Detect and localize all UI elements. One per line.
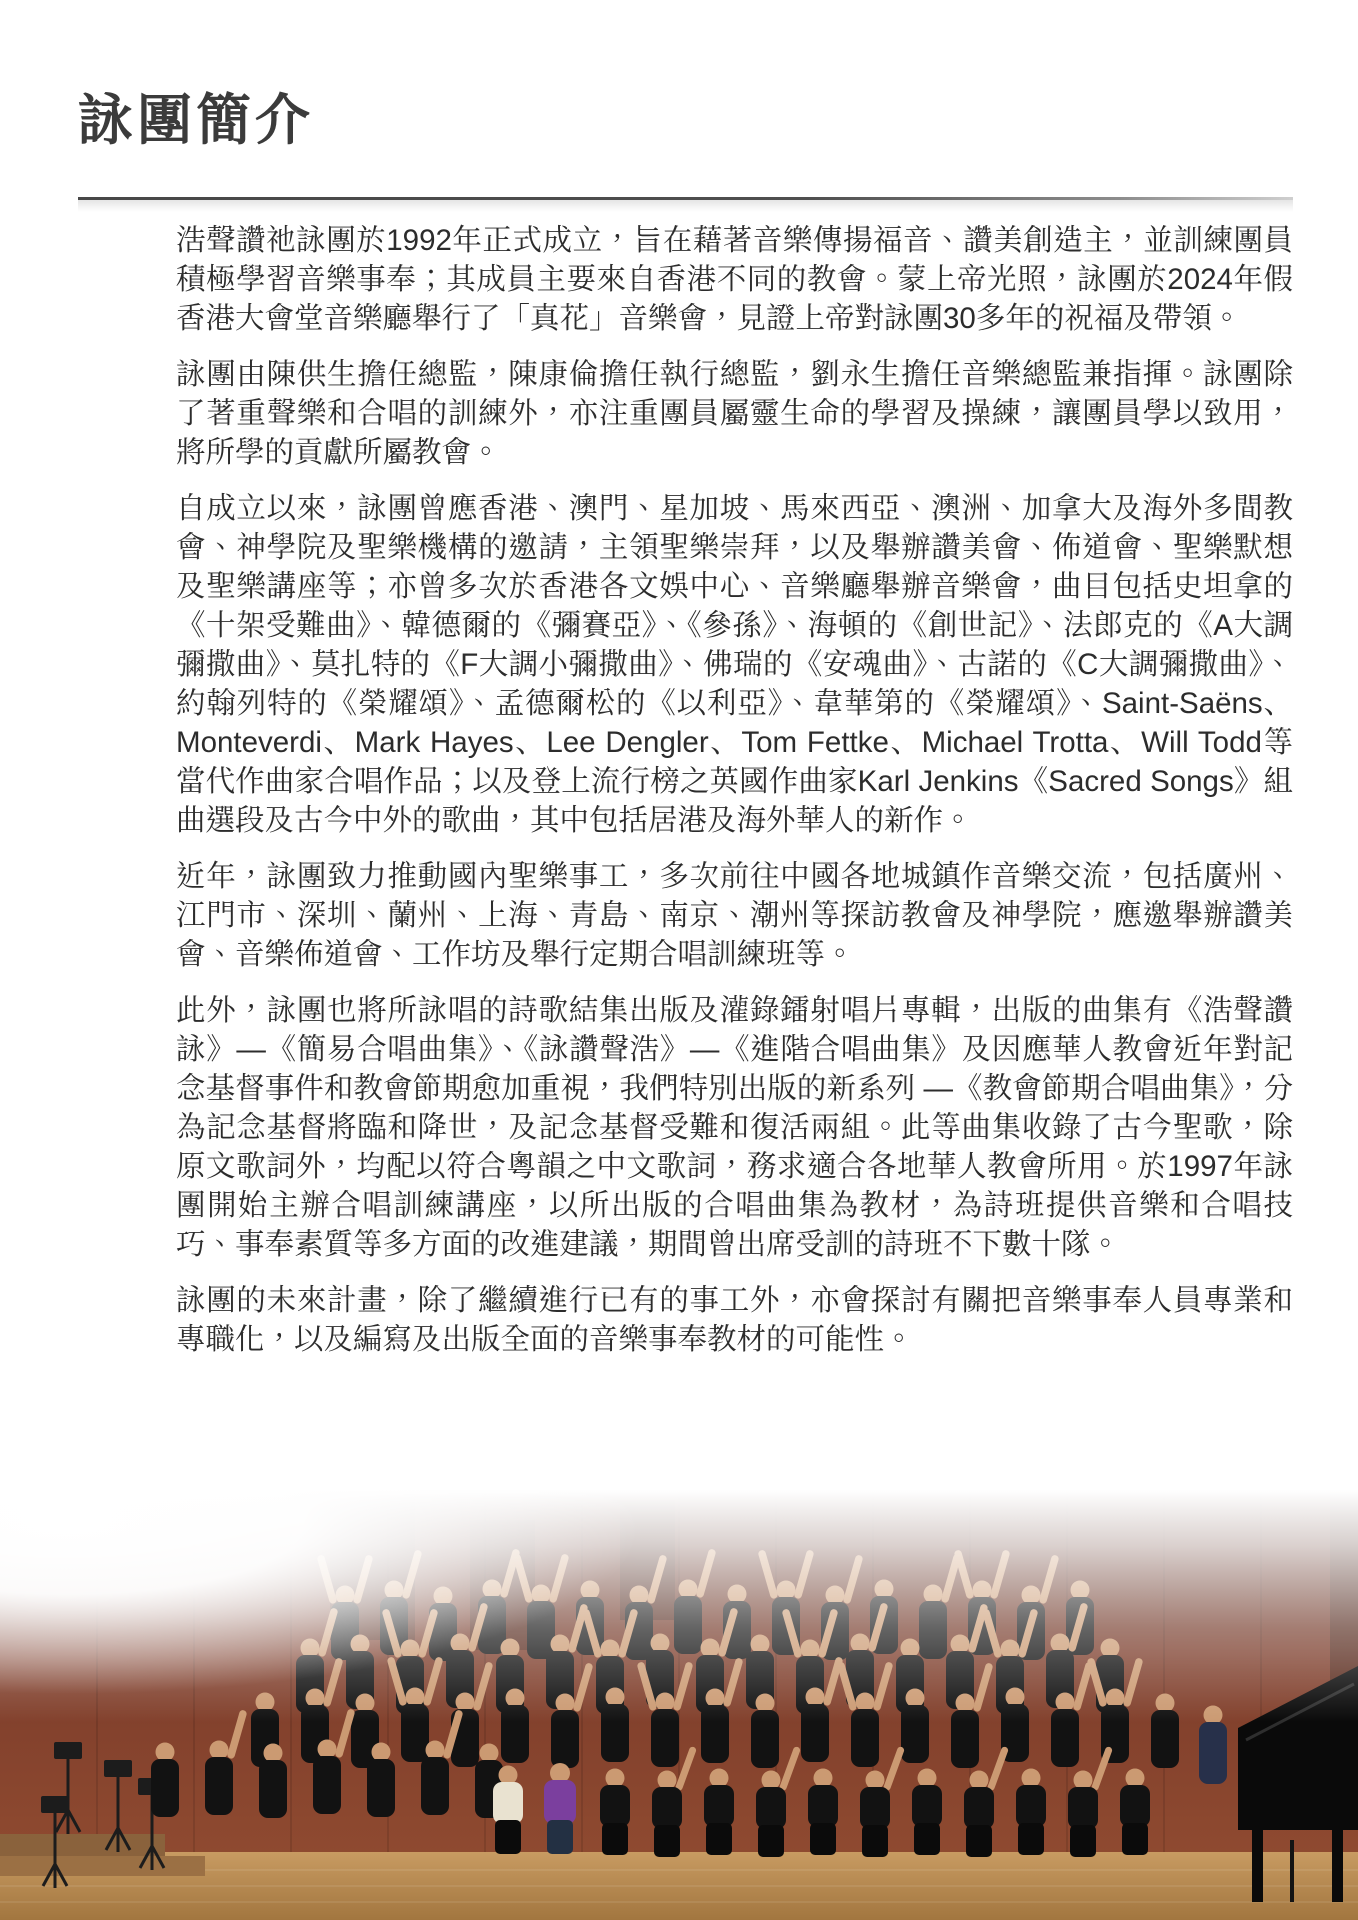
page-title: 詠團簡介 xyxy=(78,76,314,155)
paragraph-history-repertoire: 自成立以來，詠團曾應香港、澳門、星加坡、馬來西亞、澳洲、加拿大及海外多間教會、神… xyxy=(176,489,1293,840)
paragraph-leadership: 詠團由陳供生擔任總監，陳康倫擔任執行總監，劉永生擔任音樂總監兼指揮。詠團除了著重… xyxy=(176,355,1293,472)
choir-photo-illustration xyxy=(0,1490,1358,1920)
choir-photo xyxy=(0,1490,1358,1920)
paragraph-mainland-ministry: 近年，詠團致力推動國內聖樂事工，多次前往中國各地城鎮作音樂交流，包括廣州、江門市… xyxy=(176,857,1293,974)
paragraph-founding: 浩聲讚祂詠團於1992年正式成立，旨在藉著音樂傳揚福音、讚美創造主，並訓練團員積… xyxy=(176,221,1293,338)
paragraph-publications: 此外，詠團也將所詠唱的詩歌結集出版及灌錄鐳射唱片專輯，出版的曲集有《浩聲讚詠》—… xyxy=(176,991,1293,1264)
title-divider xyxy=(78,197,1293,200)
paragraph-future-plans: 詠團的未來計畫，除了繼續進行已有的事工外，亦會探討有關把音樂事奉人員專業和專職化… xyxy=(176,1281,1293,1359)
choir-introduction-text: 浩聲讚祂詠團於1992年正式成立，旨在藉著音樂傳揚福音、讚美創造主，並訓練團員積… xyxy=(176,221,1293,1376)
